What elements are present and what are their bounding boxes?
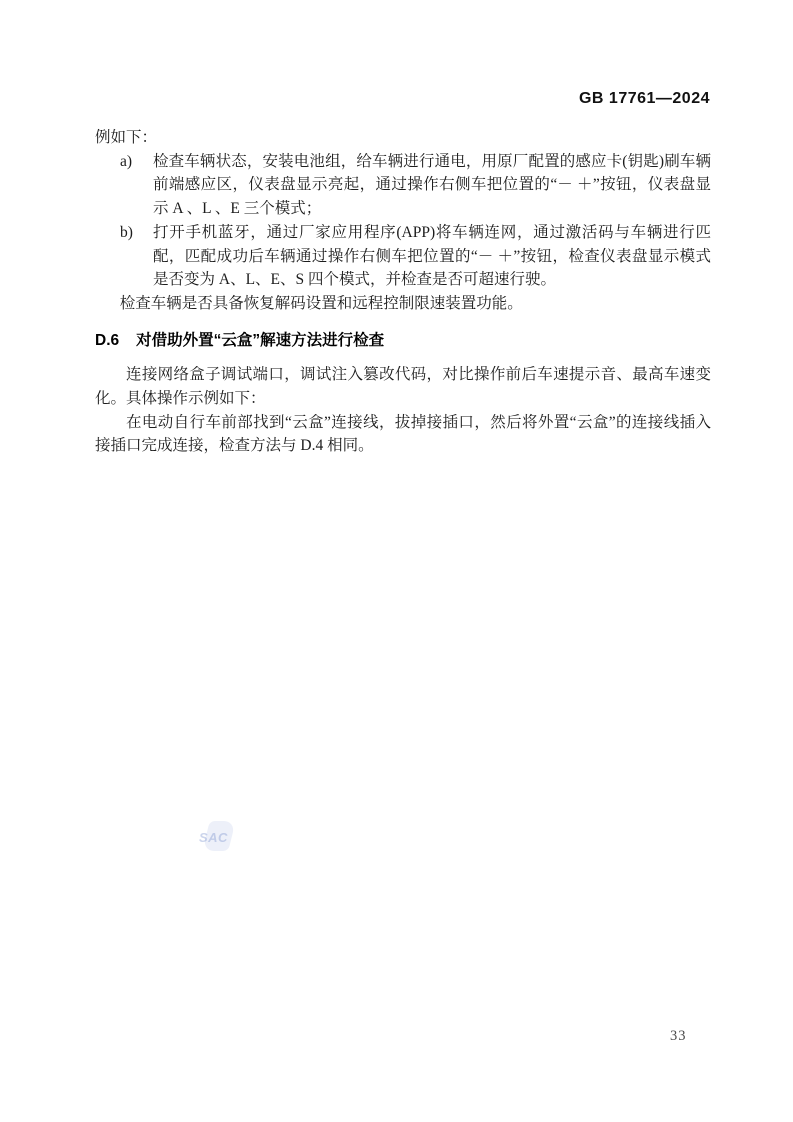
sac-logo-text: SAC — [199, 830, 228, 845]
list-text-a: 检查车辆状态，安装电池组，给车辆进行通电，用原厂配置的感应卡(钥匙)刷车辆前端感… — [153, 150, 711, 221]
list-marker-a: a) — [95, 150, 153, 221]
closing-sentence: 检查车辆是否具备恢复解码设置和远程控制限速装置功能。 — [95, 292, 711, 316]
paragraph-1: 连接网络盒子调试端口，调试注入篡改代码，对比操作前后车速提示音、最高车速变化。具… — [95, 363, 711, 410]
section-number: D.6 — [95, 332, 119, 349]
page-number: 33 — [670, 1028, 687, 1045]
intro-line: 例如下： — [95, 126, 711, 150]
list-item-a: a) 检查车辆状态，安装电池组，给车辆进行通电，用原厂配置的感应卡(钥匙)刷车辆… — [95, 150, 711, 221]
sac-watermark: SAC — [197, 819, 241, 855]
document-page: GB 17761—2024 例如下： a) 检查车辆状态，安装电池组，给车辆进行… — [0, 0, 793, 1122]
paragraph-2: 在电动自行车前部找到“云盒”连接线，拔掉接插口，然后将外置“云盒”的连接线插入接… — [95, 411, 711, 458]
section-title: 对借助外置“云盒”解速方法进行检查 — [136, 332, 384, 349]
page-body: 例如下： a) 检查车辆状态，安装电池组，给车辆进行通电，用原厂配置的感应卡(钥… — [95, 126, 711, 458]
list-item-b: b) 打开手机蓝牙，通过厂家应用程序(APP)将车辆连网，通过激活码与车辆进行匹… — [95, 221, 711, 292]
list-marker-b: b) — [95, 221, 153, 292]
section-heading-d6: D.6对借助外置“云盒”解速方法进行检查 — [95, 329, 711, 353]
standard-number-header: GB 17761—2024 — [579, 90, 710, 108]
sac-logo-swoosh — [202, 821, 235, 851]
list-text-b: 打开手机蓝牙，通过厂家应用程序(APP)将车辆连网，通过激活码与车辆进行匹配，匹… — [153, 221, 711, 292]
